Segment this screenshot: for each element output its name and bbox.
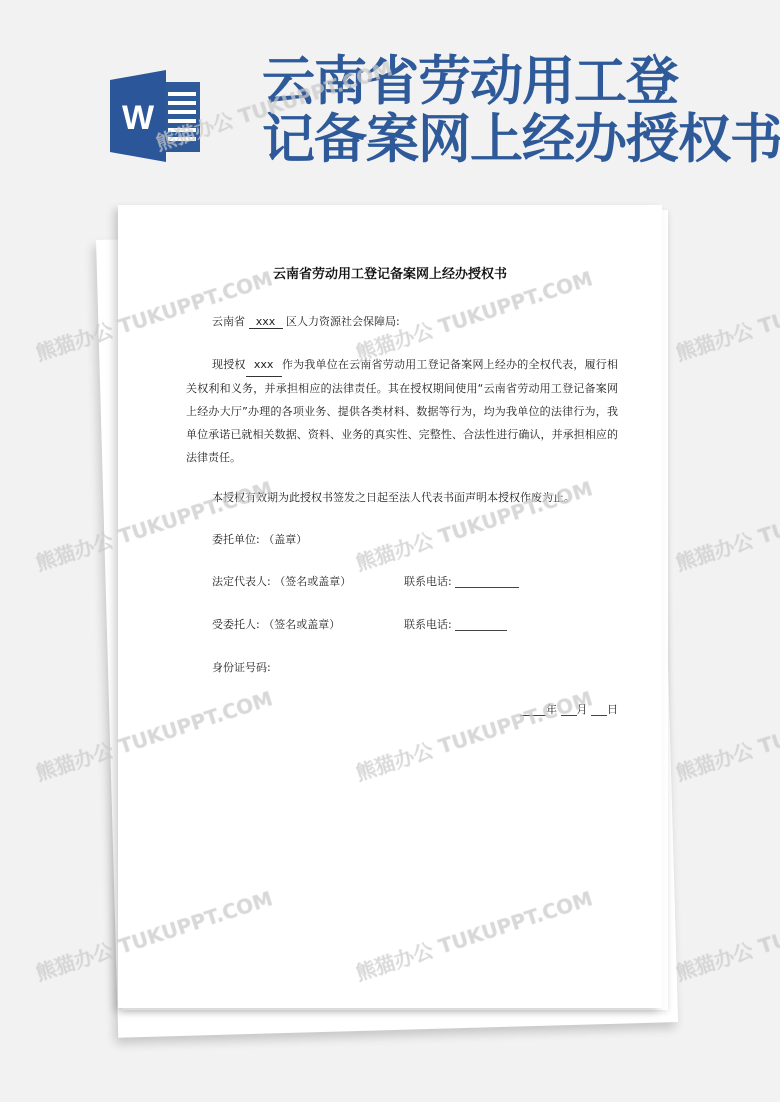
banner-title: 云南省劳动用工登 记备案网上经办授权书模 (262, 52, 780, 168)
addressee-line: 云南省 xxx 区人力资源社会保障局: (212, 313, 400, 329)
body-prefix: 现授权 (212, 358, 246, 371)
day-blank (591, 704, 607, 716)
validity-statement: 本授权有效期为此授权书签发之日起至法人代表书面声明本授权作废为止。 (212, 489, 575, 505)
trustee-phone: 联系电话: (404, 616, 507, 632)
month-label: 月 (577, 703, 588, 716)
phone-label: 联系电话: (404, 575, 452, 588)
addressee-blank: xxx (249, 315, 283, 329)
banner-title-line2: 记备案网上经办授权书模 (262, 108, 780, 170)
watermark: 熊猫办公 TUKUPPT.COM (672, 472, 780, 576)
entrusting-unit-note: （盖章） (263, 533, 307, 546)
document-title: 云南省劳动用工登记备案网上经办授权书 (118, 263, 662, 282)
document-page: 云南省劳动用工登记备案网上经办授权书 云南省 xxx 区人力资源社会保障局: 现… (118, 205, 662, 1008)
legal-rep-label: 法定代表人: (212, 575, 271, 588)
phone-blank-line (455, 575, 519, 588)
addressee-suffix: 区人力资源社会保障局: (286, 315, 400, 328)
legal-rep-note: （签名或盖章） (274, 575, 351, 588)
phone-label: 联系电话: (404, 618, 452, 631)
watermark: 熊猫办公 TUKUPPT.COM (672, 682, 780, 786)
trustee-note: （签名或盖章） (263, 618, 340, 631)
authorized-person-blank: xxx (246, 353, 282, 377)
svg-text:W: W (122, 99, 155, 137)
authorization-body: 现授权xxx作为我单位在云南省劳动用工登记备案网上经办的全权代表，履行相关权利和… (186, 353, 618, 469)
date-line: 年 月 日 (520, 701, 618, 717)
watermark: 熊猫办公 TUKUPPT.COM (672, 262, 780, 366)
addressee-prefix: 云南省 (212, 315, 245, 328)
word-icon: W (108, 68, 204, 164)
year-blank (520, 704, 546, 716)
banner-title-line1: 云南省劳动用工登 (262, 50, 678, 112)
entrusting-unit-row: 委托单位: （盖章） (212, 531, 307, 547)
phone-blank-line (455, 618, 507, 631)
day-label: 日 (607, 703, 618, 716)
entrusting-unit-label: 委托单位: (212, 533, 260, 546)
trustee-label: 受委托人: (212, 618, 260, 631)
watermark: 熊猫办公 TUKUPPT.COM (672, 882, 780, 986)
legal-rep-phone: 联系电话: (404, 573, 519, 589)
id-number-row: 身份证号码: (212, 659, 271, 675)
month-blank (561, 704, 577, 716)
year-label: 年 (546, 703, 557, 716)
trustee-row: 受委托人: （签名或盖章） (212, 616, 340, 632)
legal-rep-row: 法定代表人: （签名或盖章） (212, 573, 351, 589)
